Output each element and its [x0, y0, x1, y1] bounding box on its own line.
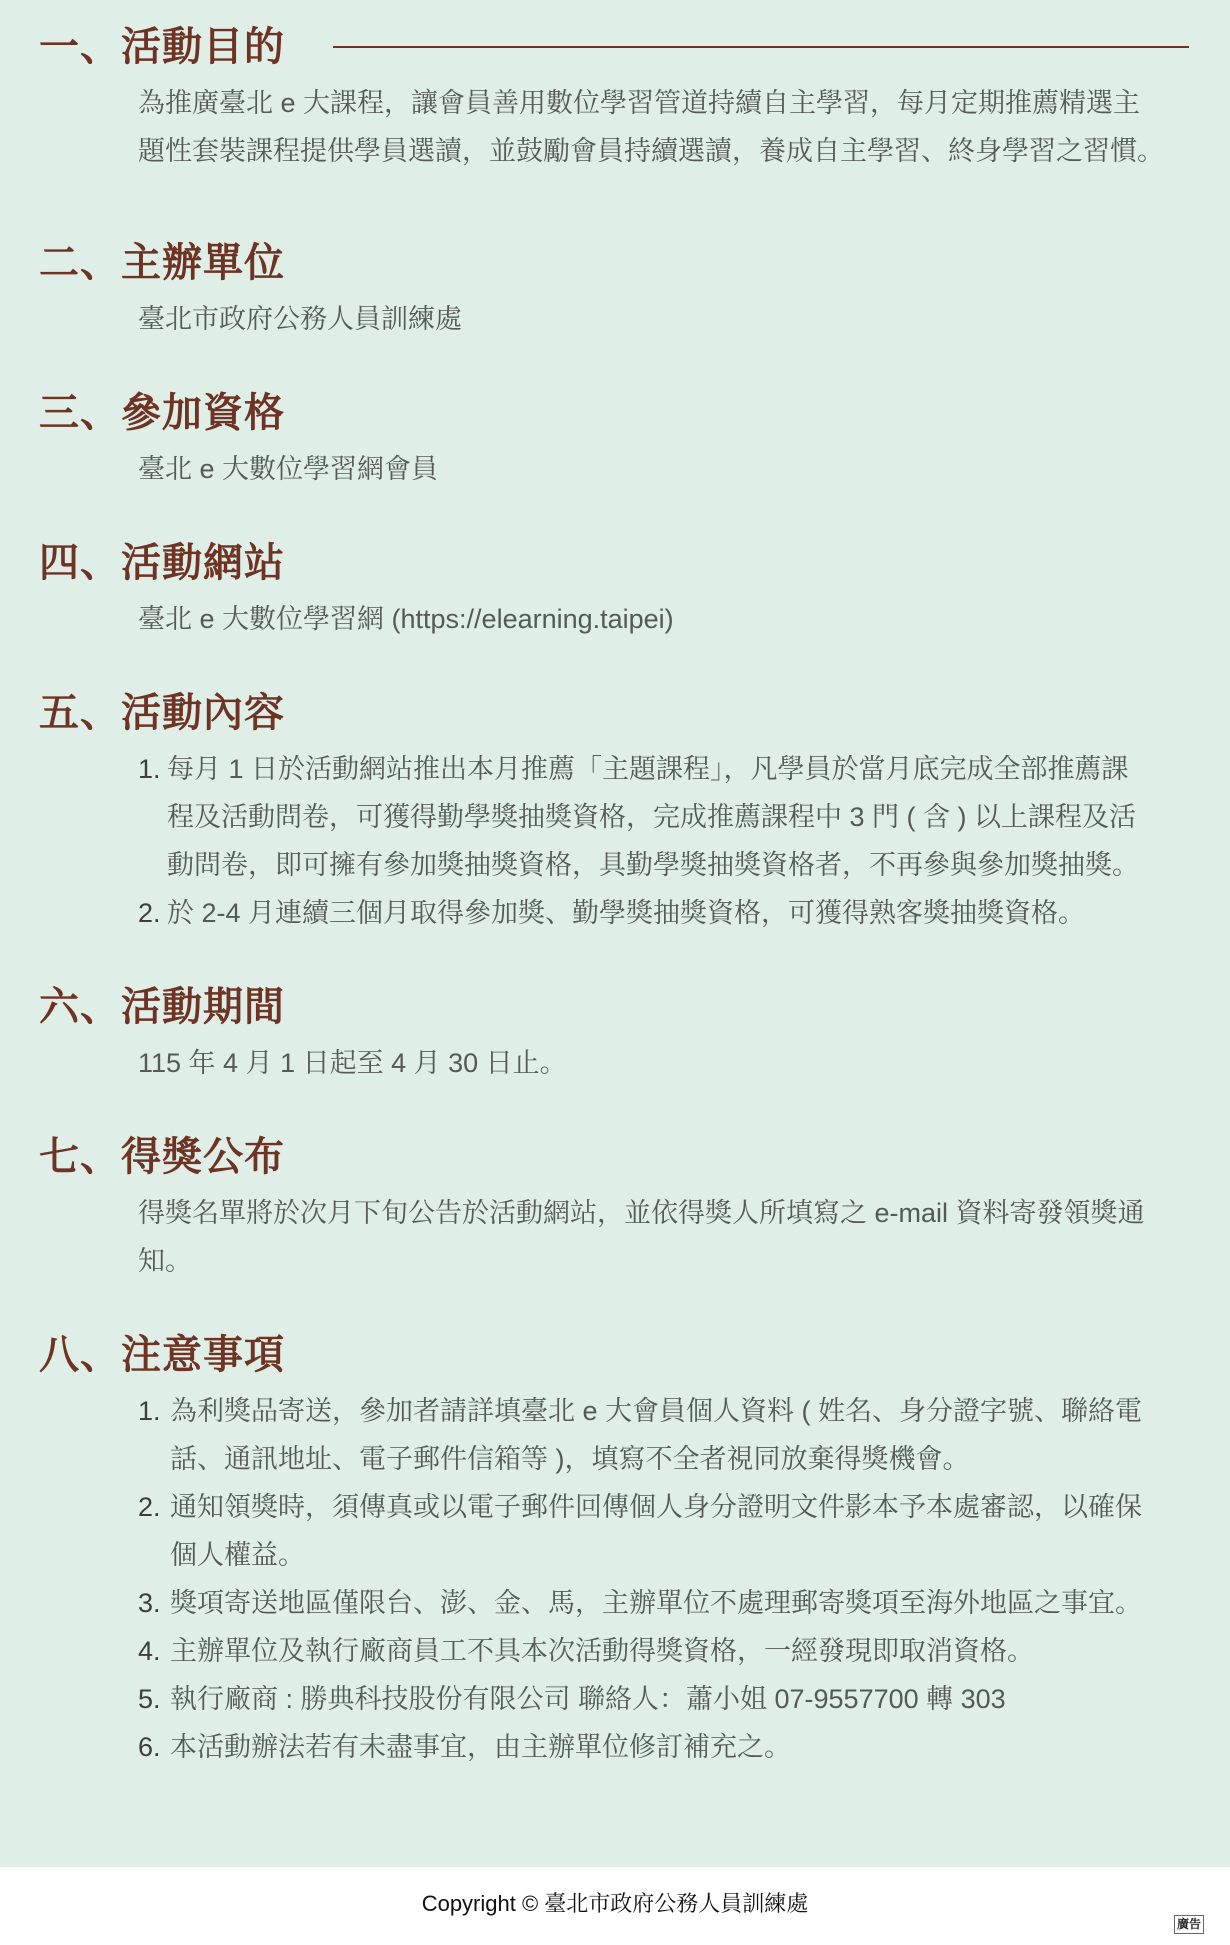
section-body: 得獎名單將於次月下旬公告於活動網站，並依得獎人所填寫之 e-mail 資料寄發領… [138, 1189, 1190, 1285]
heading-divider [333, 46, 1189, 48]
section-heading: 三、參加資格 [39, 389, 285, 437]
body-line: 於 2-4 月連續三個月取得參加獎、勤學獎抽獎資格，可獲得熟客獎抽獎資格。 [167, 889, 1190, 937]
section-body: 臺北 e 大數位學習網 (https://elearning.taipei) [138, 595, 1190, 643]
section-heading: 六、活動期間 [39, 983, 285, 1031]
list-number: 6. [138, 1723, 170, 1771]
event-rules-content: 一、活動目的 為推廣臺北 e 大課程，讓會員善用數位學習管道持續自主學習，每月定… [0, 0, 1230, 1867]
list-number: 4. [138, 1627, 170, 1675]
body-line: 臺北市政府公務人員訓練處 [138, 295, 1190, 343]
body-line: 為推廣臺北 e 大課程，讓會員善用數位學習管道持續自主學習，每月定期推薦精選主 [138, 79, 1190, 127]
section-heading: 四、活動網站 [39, 539, 285, 587]
section-heading: 八、注意事項 [39, 1331, 285, 1379]
list-number: 3. [138, 1579, 170, 1627]
body-line: 話、通訊地址、電子郵件信箱等 )，填寫不全者視同放棄得獎機會。 [170, 1435, 1190, 1483]
copyright-text: Copyright © 臺北市政府公務人員訓練處 [0, 1889, 1230, 1919]
list-number: 2. [138, 1483, 170, 1579]
body-line: 得獎名單將於次月下旬公告於活動網站，並依得獎人所填寫之 e-mail 資料寄發領… [138, 1189, 1190, 1237]
body-line: 115 年 4 月 1 日起至 4 月 30 日止。 [138, 1039, 1190, 1087]
list-number: 1. [138, 745, 167, 889]
list-number: 1. [138, 1387, 170, 1483]
section-body: 115 年 4 月 1 日起至 4 月 30 日止。 [138, 1039, 1190, 1087]
section-period: 六、活動期間 115 年 4 月 1 日起至 4 月 30 日止。 [39, 983, 1190, 1087]
body-line: 知。 [138, 1237, 1190, 1285]
ad-badge[interactable]: 廣告 [1174, 1915, 1204, 1934]
list-item: 1. 每月 1 日於活動網站推出本月推薦「主題課程」，凡學員於當月底完成全部推薦… [138, 745, 1190, 889]
list-item: 4. 主辦單位及執行廠商員工不具本次活動得獎資格，一經發現即取消資格。 [138, 1627, 1190, 1675]
section-list: 1. 為利獎品寄送，參加者請詳填臺北 e 大會員個人資料 ( 姓名、身分證字號、… [138, 1387, 1190, 1771]
section-heading: 五、活動內容 [39, 689, 285, 737]
section-website: 四、活動網站 臺北 e 大數位學習網 (https://elearning.ta… [39, 539, 1190, 643]
section-announcement: 七、得獎公布 得獎名單將於次月下旬公告於活動網站，並依得獎人所填寫之 e-mai… [39, 1133, 1190, 1285]
list-item: 2. 通知領獎時，須傳真或以電子郵件回傳個人身分證明文件影本予本處審認，以確保 … [138, 1483, 1190, 1579]
body-line: 通知領獎時，須傳真或以電子郵件回傳個人身分證明文件影本予本處審認，以確保 [170, 1483, 1190, 1531]
section-body: 為推廣臺北 e 大課程，讓會員善用數位學習管道持續自主學習，每月定期推薦精選主 … [138, 79, 1190, 175]
body-line: 題性套裝課程提供學員選讀，並鼓勵會員持續選讀，養成自主學習、終身學習之習慣。 [138, 127, 1190, 175]
body-line: 為利獎品寄送，參加者請詳填臺北 e 大會員個人資料 ( 姓名、身分證字號、聯絡電 [170, 1387, 1190, 1435]
body-line: 臺北 e 大數位學習網會員 [138, 445, 1190, 493]
list-number: 2. [138, 889, 167, 937]
section-list: 1. 每月 1 日於活動網站推出本月推薦「主題課程」，凡學員於當月底完成全部推薦… [138, 745, 1190, 937]
contact-line: 執行廠商 : 勝典科技股份有限公司 聯絡人：蕭小姐 07-9557700 轉 3… [170, 1675, 1190, 1723]
list-item: 3. 獎項寄送地區僅限台、澎、金、馬，主辦單位不處理郵寄獎項至海外地區之事宜。 [138, 1579, 1190, 1627]
body-line: 程及活動問卷，可獲得勤學獎抽獎資格，完成推薦課程中 3 門 ( 含 ) 以上課程… [167, 793, 1190, 841]
list-item: 1. 為利獎品寄送，參加者請詳填臺北 e 大會員個人資料 ( 姓名、身分證字號、… [138, 1387, 1190, 1483]
section-heading: 七、得獎公布 [39, 1133, 285, 1181]
body-line: 每月 1 日於活動網站推出本月推薦「主題課程」，凡學員於當月底完成全部推薦課 [167, 745, 1190, 793]
footer: Copyright © 臺北市政府公務人員訓練處 廣告 [0, 1867, 1230, 1945]
list-item: 5. 執行廠商 : 勝典科技股份有限公司 聯絡人：蕭小姐 07-9557700 … [138, 1675, 1190, 1723]
section-heading: 二、主辦單位 [39, 239, 285, 287]
list-item: 2. 於 2-4 月連續三個月取得參加獎、勤學獎抽獎資格，可獲得熟客獎抽獎資格。 [138, 889, 1190, 937]
section-activity-content: 五、活動內容 1. 每月 1 日於活動網站推出本月推薦「主題課程」，凡學員於當月… [39, 689, 1190, 937]
list-number: 5. [138, 1675, 170, 1723]
website-text: 臺北 e 大數位學習網 (https://elearning.taipei) [138, 595, 1190, 643]
body-line: 個人權益。 [170, 1531, 1190, 1579]
section-organizer: 二、主辦單位 臺北市政府公務人員訓練處 [39, 239, 1190, 343]
section-notes: 八、注意事項 1. 為利獎品寄送，參加者請詳填臺北 e 大會員個人資料 ( 姓名… [39, 1331, 1190, 1771]
section-purpose: 一、活動目的 為推廣臺北 e 大課程，讓會員善用數位學習管道持續自主學習，每月定… [39, 23, 1190, 175]
body-line: 獎項寄送地區僅限台、澎、金、馬，主辦單位不處理郵寄獎項至海外地區之事宜。 [170, 1579, 1190, 1627]
section-body: 臺北市政府公務人員訓練處 [138, 295, 1190, 343]
section-heading: 一、活動目的 [39, 23, 285, 71]
section-eligibility: 三、參加資格 臺北 e 大數位學習網會員 [39, 389, 1190, 493]
body-line: 主辦單位及執行廠商員工不具本次活動得獎資格，一經發現即取消資格。 [170, 1627, 1190, 1675]
section-body: 臺北 e 大數位學習網會員 [138, 445, 1190, 493]
list-item: 6. 本活動辦法若有未盡事宜，由主辦單位修訂補充之。 [138, 1723, 1190, 1771]
body-line: 本活動辦法若有未盡事宜，由主辦單位修訂補充之。 [170, 1723, 1190, 1771]
body-line: 動問卷，即可擁有參加獎抽獎資格，具勤學獎抽獎資格者，不再參與參加獎抽獎。 [167, 841, 1190, 889]
